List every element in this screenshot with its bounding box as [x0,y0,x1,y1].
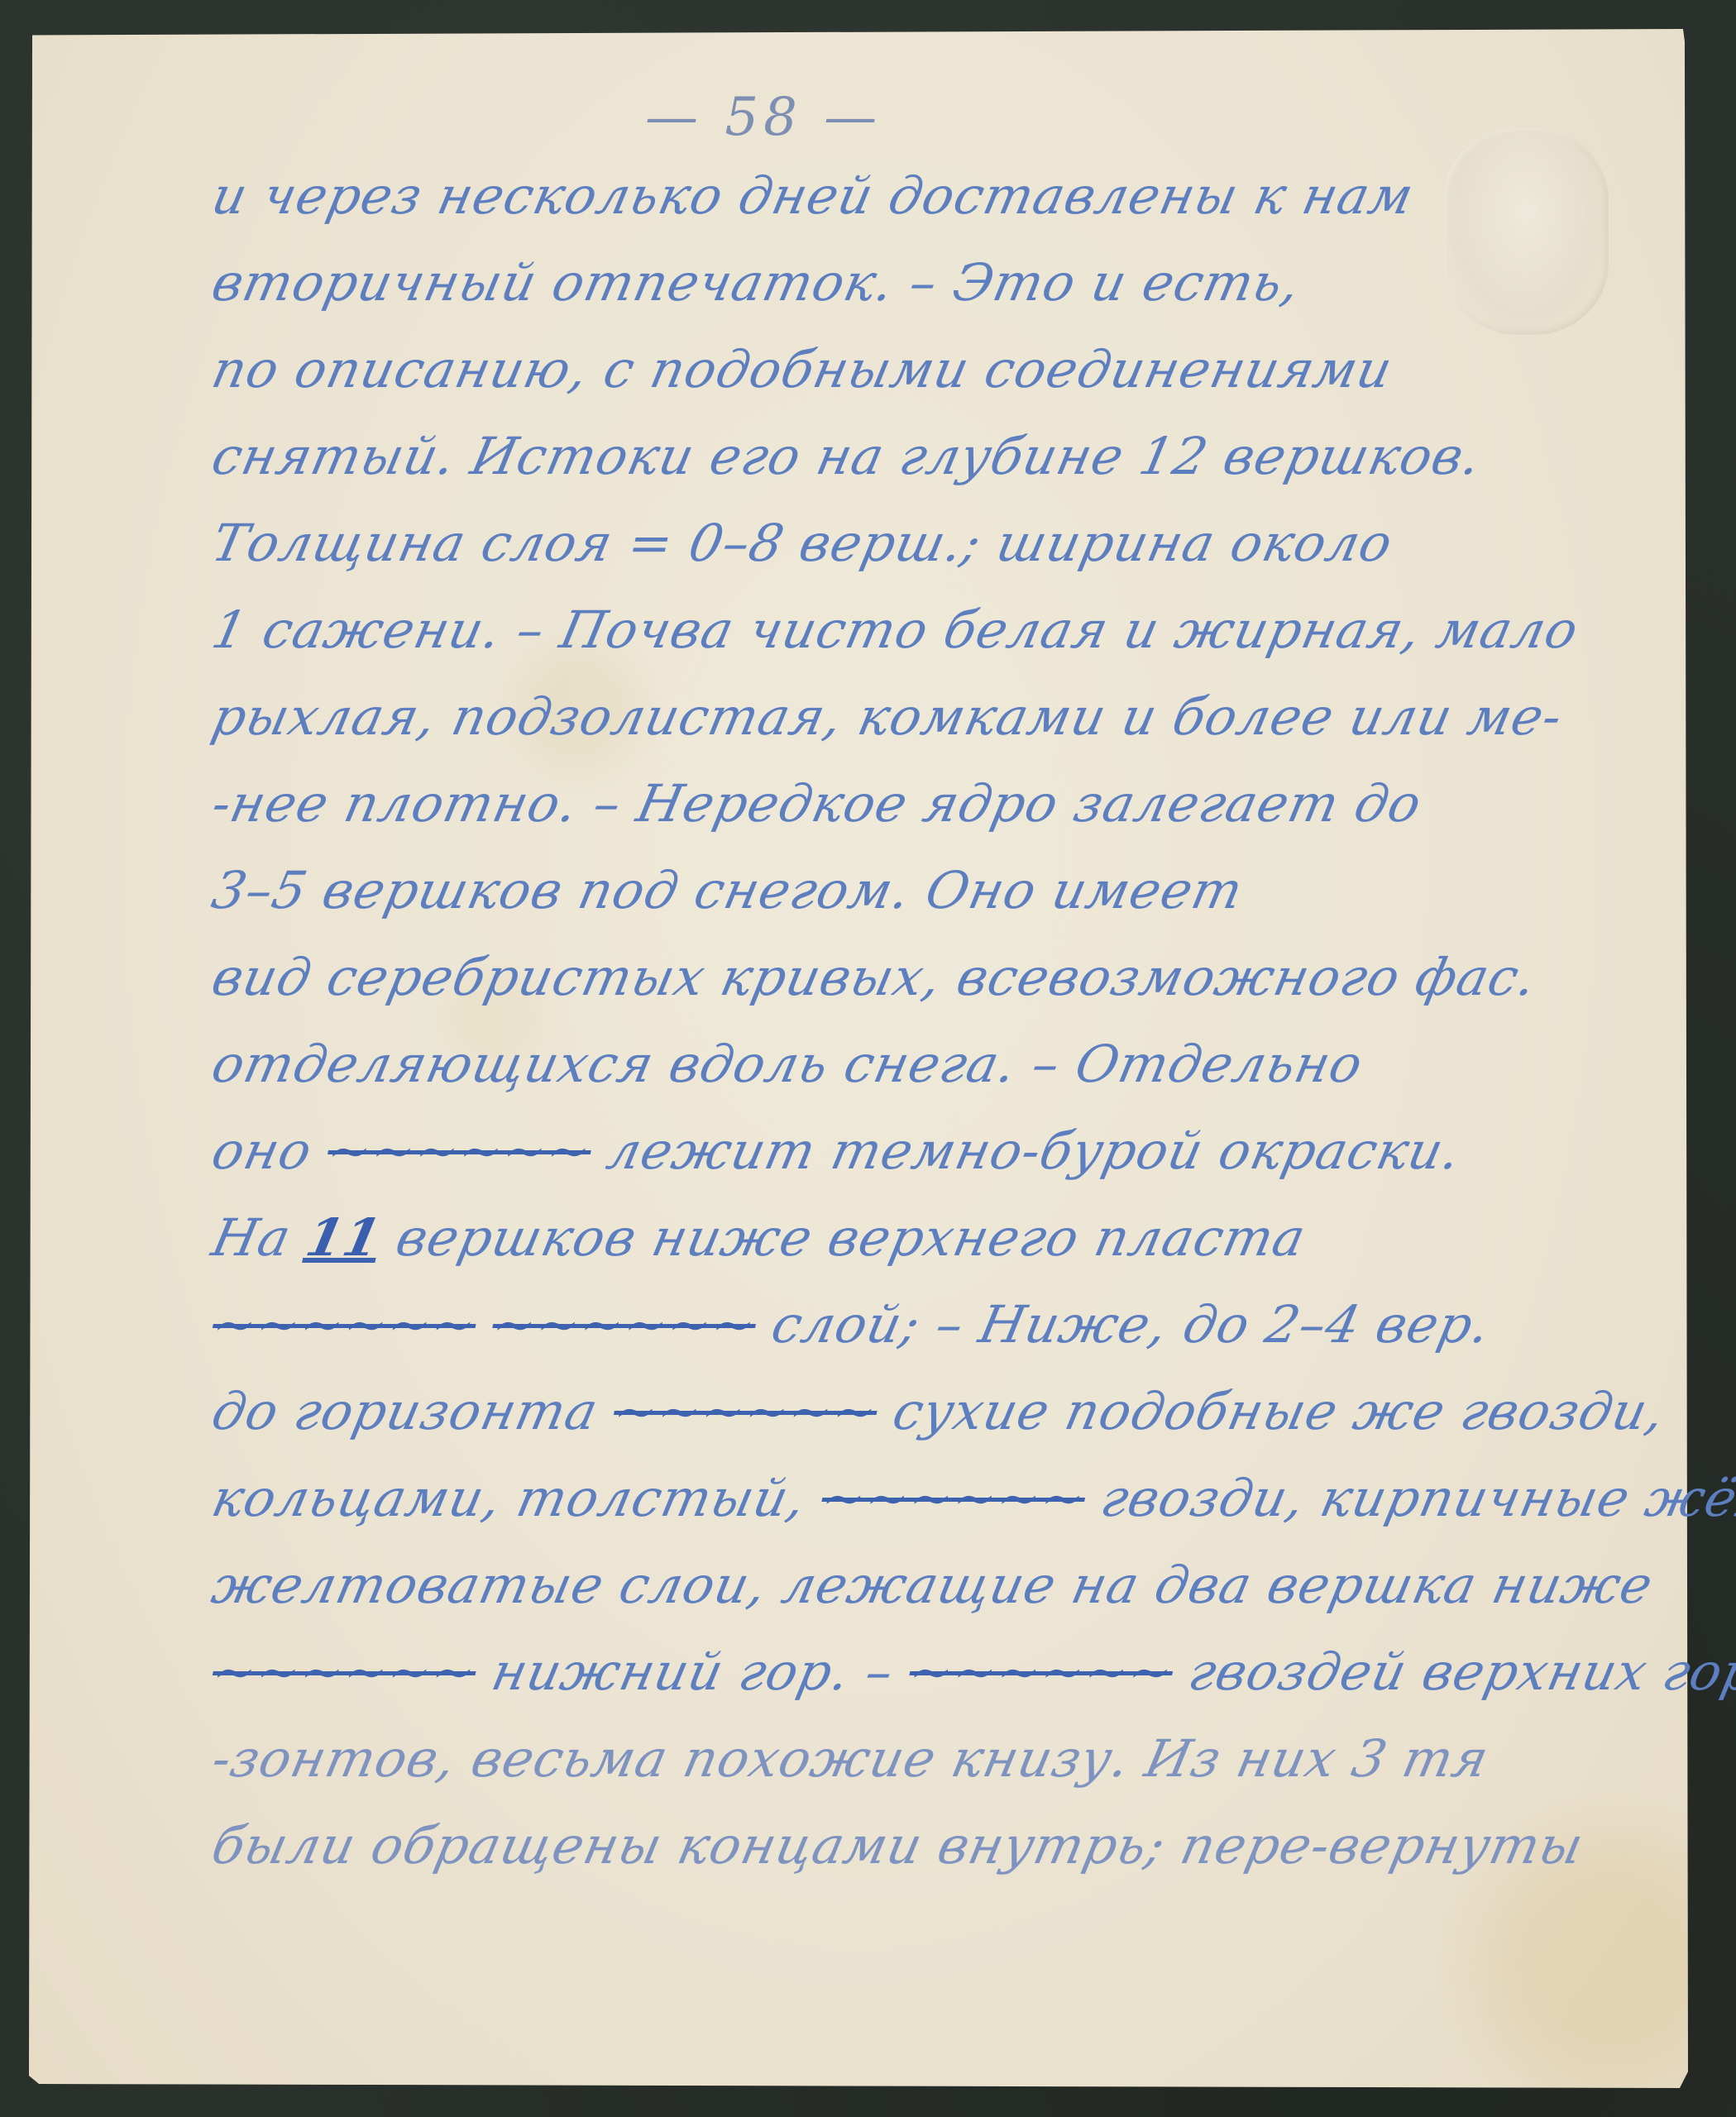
manuscript-line: -нее плотно. – Нередкое ядро залегает до [207,773,1428,834]
manuscript-line: На 11 вершков ниже верхнего пласта [207,1207,1311,1268]
struck-out-word: ~~~~~~ [608,1381,883,1441]
manuscript-line: Толщина слоя = 0–8 верш.; ширина около [207,513,1399,573]
manuscript-line: снятый. Истоки его на глубине 12 вершков… [207,426,1487,486]
manuscript-line: -зонтов, весьма похожие книзу. Из них 3 … [207,1728,1494,1789]
page-number: — 58 — [645,87,882,148]
manuscript-line: кольцами, толстый, ~~~~~~ гвозди, кирпич… [207,1468,1736,1528]
struck-out-word: ~~~~~~ [207,1642,482,1702]
manuscript-line: отделяющихся вдоль снега. – Отдельно [207,1034,1369,1094]
manuscript-line: ~~~~~~ ~~~~~~ слой; – Ниже, до 2–4 вер. [207,1294,1496,1355]
embossed-stamp-mark [1443,128,1609,335]
underlined-number: 11 [301,1207,387,1268]
manuscript-line: вид серебристых кривых, всевозможного фа… [207,947,1542,1007]
struck-out-word: ~~~~~~ [322,1121,597,1181]
manuscript-line: 1 сажени. – Почва чисто белая и жирная, … [207,600,1584,660]
struck-out-word: ~~~~~~ [816,1468,1092,1528]
manuscript-line: ~~~~~~ нижний гор. – ~~~~~~ гвоздей верх… [207,1642,1736,1702]
manuscript-line: рыхлая, подзолистая, комками и более или… [207,686,1568,747]
manuscript-line: вторичный отпечаток. – Это и есть, [207,252,1306,313]
manuscript-line: желтоватые слои, лежащие на два вершка н… [207,1555,1658,1615]
manuscript-line: по описанию, с подобными соединениями [207,339,1398,399]
manuscript-line: 3–5 вершков под снегом. Оно имеет [207,860,1249,920]
struck-out-word: ~~~~~~ [486,1294,762,1355]
manuscript-line: оно ~~~~~~ лежит темно-бурой окраски. [207,1121,1466,1181]
manuscript-line: были обращены концами внутрь; пере-верну… [207,1815,1589,1876]
struck-out-word: ~~~~~~ [207,1294,482,1355]
manuscript-line: до горизонта ~~~~~~ сухие подобные же гв… [207,1381,1671,1441]
manuscript-line: и через несколько дней доставлены к нам [207,165,1419,226]
struck-out-word: ~~~~~~ [904,1642,1179,1702]
